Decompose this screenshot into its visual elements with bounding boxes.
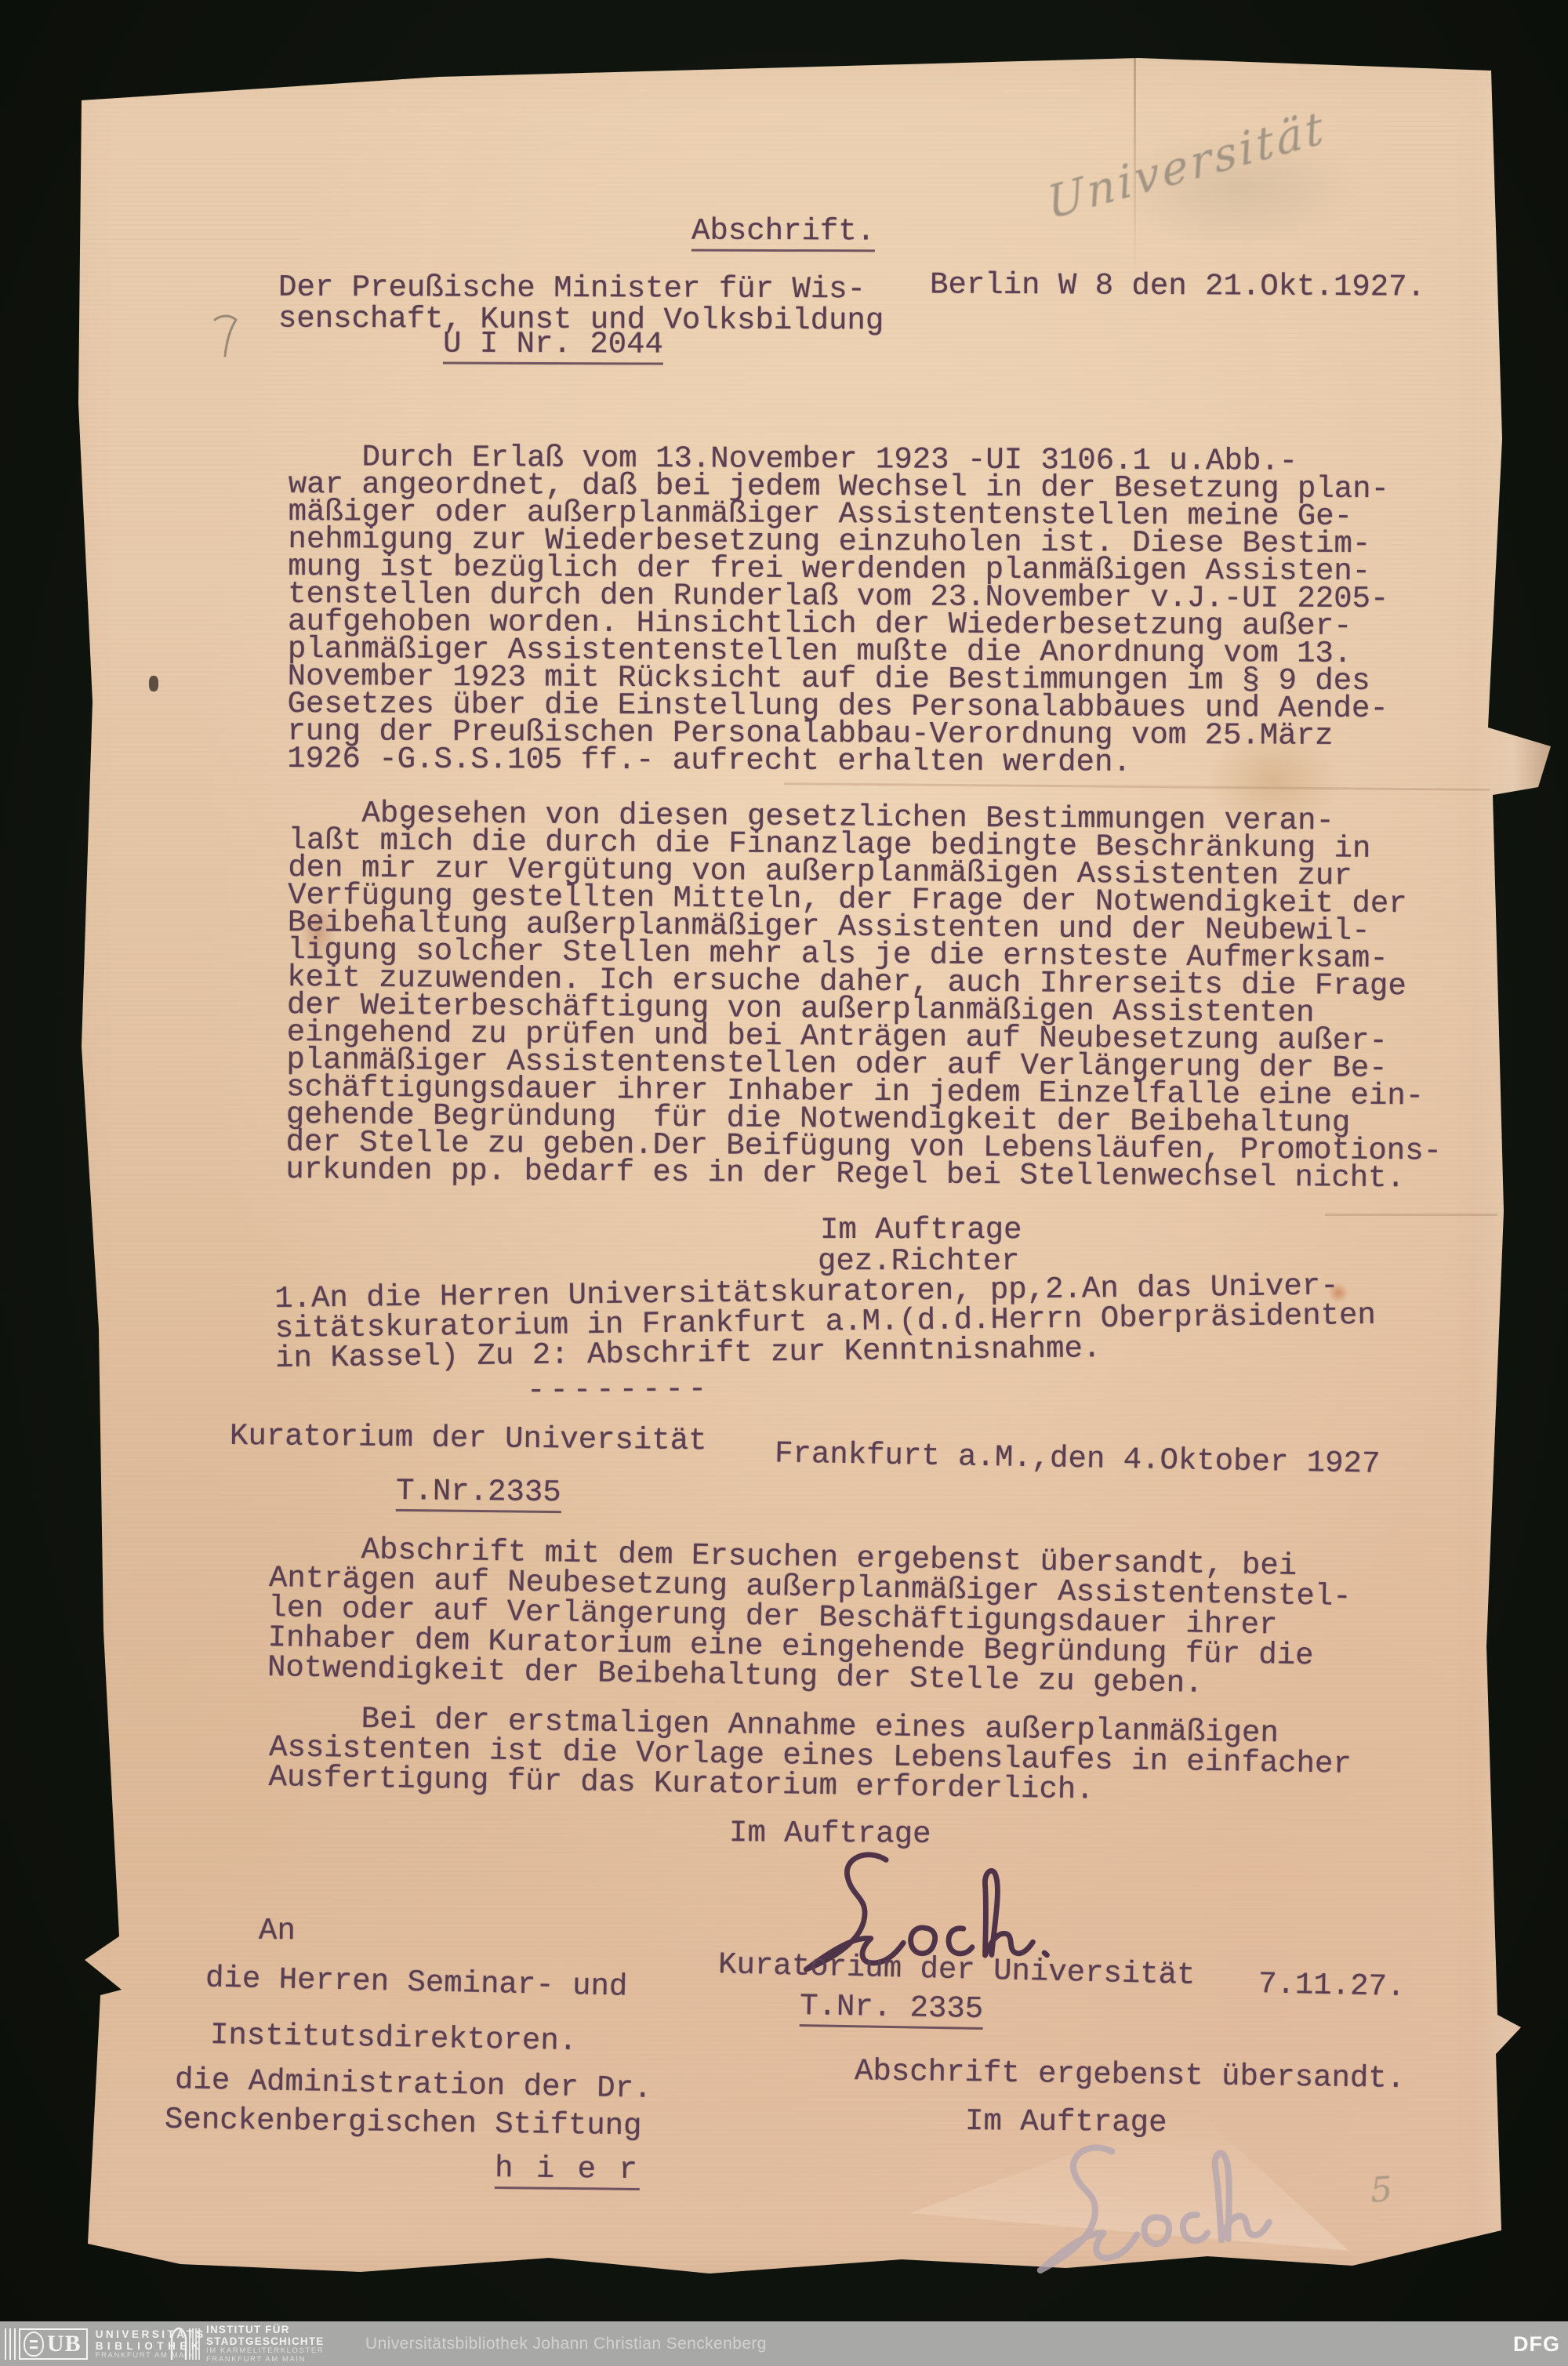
institut-logo: INSTITUT FÜR STADTGESCHICHTE IM KARMELIT… [169,2322,325,2366]
library-name-text: Universitätsbibliothek Johann Christian … [365,2322,767,2366]
pencil-number: 5 [1369,2169,1393,2211]
address-line-stiftung: Senckenbergischen Stiftung [165,2107,642,2140]
signoff-im-auftrage-2: Im Auftrage [729,1820,931,1849]
sender-ref: U I Nr. 2044 [443,331,663,365]
tnr-ref-2: T.Nr. 2335 [800,1993,984,2030]
paragraph-2: Abgesehen von diesen gesetzlichen Bestim… [285,800,1444,1193]
institut-logo-text: INSTITUT FÜR STADTGESCHICHTE IM KARMELIT… [206,2324,325,2364]
address-line-an: An [259,1918,296,1945]
institut-line4: FRANKFURT AM MAIN [206,2356,325,2364]
viewer-footer: UB UNIVERSITÄTS BIBLIOTHEK FRANKFURT AM … [0,2321,1568,2366]
tnr-ref-1: T.Nr.2335 [396,1478,561,1513]
distribution-block: 1.An die Herren Universitätskuratoren, p… [274,1271,1377,1374]
gothic-arch-icon [169,2327,200,2361]
kuratorium-line: Kuratorium der Universität [230,1423,707,1455]
signoff-gez-richter: gez.Richter [818,1248,1019,1276]
address-line-herren: die Herren Seminar- und [205,1965,628,2001]
place-date-line: Berlin W 8 den 21.Okt.1927. [930,271,1425,301]
institut-line1: INSTITUT FÜR [206,2324,325,2335]
signoff-im-auftrage-1: Im Auftrage [820,1217,1022,1244]
address-line-administration: die Administration der Dr. [175,2067,652,2103]
ub-portrait-icon [24,2332,44,2357]
address-line-direktoren: Institutsdirektoren. [210,2022,578,2056]
date-7-11-27: 7.11.27. [1258,1971,1406,2001]
ub-logo-stripes [5,2328,16,2360]
ub-logo-emblem: UB [19,2328,88,2360]
paragraph-4: Bei der erstmaligen Annahme eines außerp… [268,1703,1352,1809]
paragraph-3: Abschrift mit dem Ersuchen ergebenst übe… [267,1533,1352,1701]
institut-line2: STADTGESCHICHTE [206,2335,325,2347]
margin-pencil-mark [210,312,245,362]
final-note: Abschrift ergebenst übersandt. [855,2058,1406,2093]
dfg-logo: DFG [1513,2322,1560,2366]
ub-logo-short: UB [47,2331,82,2357]
address-line-hier: h i e r [495,2155,640,2190]
separator-dashes: -------- [527,1376,712,1405]
document-title: Abschrift. [691,218,875,252]
paragraph-1: Durch Erlaß vom 13.November 1923 -UI 310… [287,444,1389,778]
